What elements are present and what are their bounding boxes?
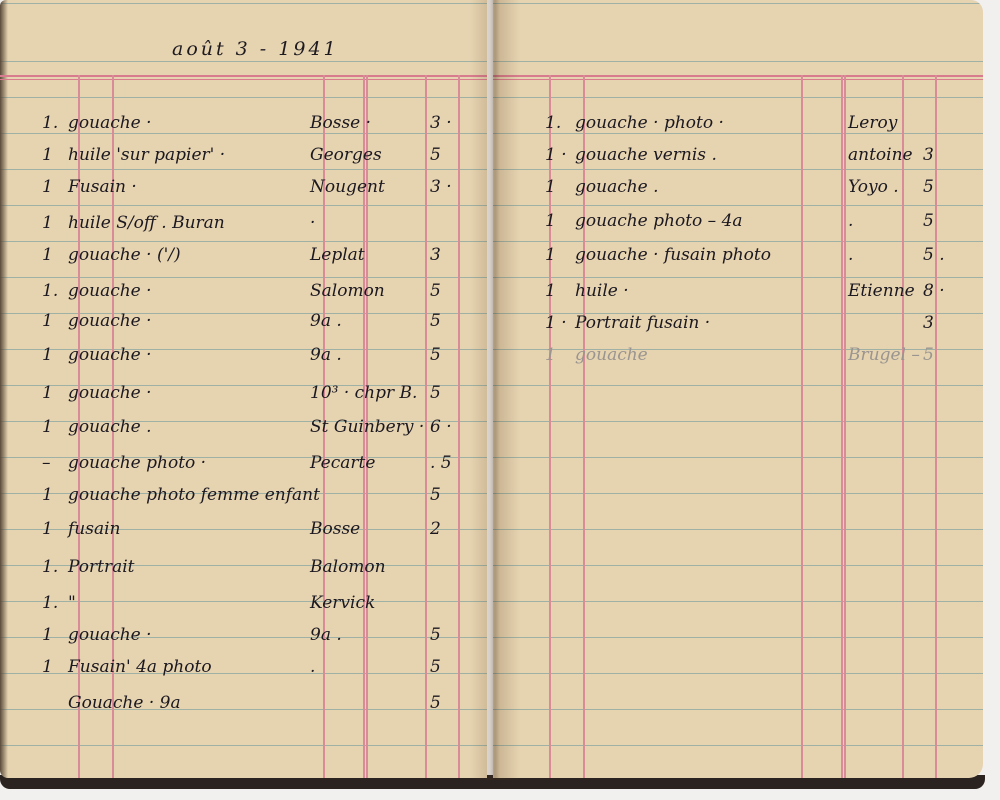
quantity-cell: 1 bbox=[545, 206, 556, 236]
price-cell: 5 bbox=[430, 276, 441, 306]
ledger-row: 1gouache ·10³ · chpr B.5 bbox=[0, 378, 487, 408]
item-cell: gouache · bbox=[68, 340, 152, 370]
item-cell: gouache photo femme enfant bbox=[68, 480, 320, 510]
quantity-cell: 1 · bbox=[545, 308, 567, 338]
buyer-cell: Bosse bbox=[310, 514, 360, 544]
item-cell: gouache . bbox=[575, 172, 659, 202]
ledger-row: 1 ·Portrait fusain ·3 bbox=[493, 308, 983, 338]
ledger-row: 1gouache · ('/)Leplat3 bbox=[0, 240, 487, 270]
price-cell: 5 bbox=[430, 340, 441, 370]
item-cell: fusain bbox=[68, 514, 121, 544]
price-cell: 6 · bbox=[430, 412, 452, 442]
left-page: août 3 - 1941 1.gouache ·Bosse ·3 ·1huil… bbox=[0, 0, 487, 778]
price-cell: 2 bbox=[430, 514, 441, 544]
buyer-cell: . bbox=[848, 206, 853, 236]
buyer-cell: St Guinbery · bbox=[310, 412, 424, 442]
ledger-row: 1gouache .St Guinbery ·6 · bbox=[0, 412, 487, 442]
ledger-row: 1gouacheBrugel –5 bbox=[493, 340, 983, 370]
quantity-cell: – bbox=[42, 448, 51, 478]
buyer-cell: Kervick bbox=[310, 588, 375, 618]
item-cell: gouache · bbox=[68, 306, 152, 336]
buyer-cell: Leplat bbox=[310, 240, 365, 270]
price-cell: 8 · bbox=[923, 276, 945, 306]
price-cell: 5 . bbox=[923, 240, 945, 270]
quantity-cell: 1 bbox=[545, 276, 556, 306]
price-cell: 5 bbox=[430, 140, 441, 170]
ledger-row: 1huile S/off . Buran· bbox=[0, 208, 487, 238]
item-cell: huile · bbox=[575, 276, 629, 306]
quantity-cell: 1 bbox=[42, 306, 53, 336]
buyer-cell: Yoyo . bbox=[848, 172, 899, 202]
quantity-cell: 1 bbox=[545, 240, 556, 270]
price-cell: 5 bbox=[430, 688, 441, 718]
quantity-cell: 1. bbox=[545, 108, 561, 138]
item-cell: gouache · fusain photo bbox=[575, 240, 771, 270]
buyer-cell: Salomon bbox=[310, 276, 385, 306]
quantity-cell: 1 bbox=[42, 140, 53, 170]
ledger-row: 1huile 'sur papier' ·Georges5 bbox=[0, 140, 487, 170]
price-cell: 3 · bbox=[430, 172, 452, 202]
item-cell: gouache · bbox=[68, 276, 152, 306]
buyer-cell: · bbox=[310, 208, 315, 238]
date-heading: août 3 - 1941 bbox=[172, 38, 339, 60]
item-cell: gouache · bbox=[68, 620, 152, 650]
ledger-row: Gouache · 9a5 bbox=[0, 688, 487, 718]
header-double-rule bbox=[0, 75, 487, 80]
buyer-cell: . bbox=[310, 652, 315, 682]
item-cell: gouache · ('/) bbox=[68, 240, 181, 270]
ledger-row: 1."Kervick bbox=[0, 588, 487, 618]
quantity-cell: 1 bbox=[42, 620, 53, 650]
ledger-row: 1gouache .Yoyo .5 bbox=[493, 172, 983, 202]
item-cell: gouache vernis . bbox=[575, 140, 717, 170]
item-cell: gouache photo – 4a bbox=[575, 206, 743, 236]
quantity-cell: 1 · bbox=[545, 140, 567, 170]
buyer-cell: Georges bbox=[310, 140, 382, 170]
ledger-row: 1huile ·Etienne8 · bbox=[493, 276, 983, 306]
price-cell: 5 bbox=[923, 206, 934, 236]
quantity-cell: 1. bbox=[42, 108, 58, 138]
price-cell: 3 bbox=[923, 140, 934, 170]
quantity-cell: 1 bbox=[42, 378, 53, 408]
quantity-cell: 1 bbox=[42, 480, 53, 510]
buyer-cell: Pecarte bbox=[310, 448, 375, 478]
item-cell: Fusain · bbox=[68, 172, 137, 202]
right-page: 1.gouache · photo ·Leroy1 ·gouache verni… bbox=[493, 0, 983, 778]
ledger-row: 1.gouache ·Salomon5 bbox=[0, 276, 487, 306]
ledger-row: 1gouache · fusain photo.5 . bbox=[493, 240, 983, 270]
price-cell: 3 bbox=[430, 240, 441, 270]
price-cell: 5 bbox=[430, 620, 441, 650]
item-cell: huile S/off . Buran bbox=[68, 208, 225, 238]
ledger-row: 1Fusain' 4a photo.5 bbox=[0, 652, 487, 682]
buyer-cell: Bosse · bbox=[310, 108, 371, 138]
price-cell: 5 bbox=[430, 306, 441, 336]
item-cell: gouache photo · bbox=[68, 448, 206, 478]
quantity-cell: 1. bbox=[42, 276, 58, 306]
price-cell: . 5 bbox=[430, 448, 452, 478]
ledger-row: 1Fusain ·Nougent3 · bbox=[0, 172, 487, 202]
buyer-cell: . bbox=[848, 240, 853, 270]
price-cell: 5 bbox=[430, 652, 441, 682]
ledger-row: 1 ·gouache vernis .antoine3 bbox=[493, 140, 983, 170]
ledger-row: 1.PortraitBalomon bbox=[0, 552, 487, 582]
quantity-cell: 1 bbox=[42, 240, 53, 270]
quantity-cell: 1. bbox=[42, 552, 58, 582]
ledger-row: 1gouache ·9a .5 bbox=[0, 340, 487, 370]
ledger-row: 1gouache photo femme enfant5 bbox=[0, 480, 487, 510]
buyer-cell: antoine bbox=[848, 140, 913, 170]
price-cell: 3 bbox=[923, 308, 934, 338]
item-cell: gouache · photo · bbox=[575, 108, 724, 138]
buyer-cell: 9a . bbox=[310, 620, 342, 650]
item-cell: huile 'sur papier' · bbox=[68, 140, 225, 170]
header-double-rule bbox=[493, 75, 983, 80]
price-cell: 3 · bbox=[430, 108, 452, 138]
ledger-row: 1fusainBosse2 bbox=[0, 514, 487, 544]
price-cell: 5 bbox=[923, 340, 934, 370]
buyer-cell: Etienne bbox=[848, 276, 915, 306]
item-cell: gouache bbox=[575, 340, 648, 370]
price-cell: 5 bbox=[430, 480, 441, 510]
price-cell: 5 bbox=[430, 378, 441, 408]
quantity-cell: 1 bbox=[42, 652, 53, 682]
ledger-row: –gouache photo ·Pecarte. 5 bbox=[0, 448, 487, 478]
ledger-row: 1.gouache ·Bosse ·3 · bbox=[0, 108, 487, 138]
item-cell: gouache · bbox=[68, 108, 152, 138]
item-cell: Portrait bbox=[68, 552, 134, 582]
item-cell: Fusain' 4a photo bbox=[68, 652, 212, 682]
item-cell: Portrait fusain · bbox=[575, 308, 710, 338]
quantity-cell: 1 bbox=[42, 514, 53, 544]
ledger-row: 1.gouache · photo ·Leroy bbox=[493, 108, 983, 138]
buyer-cell: 9a . bbox=[310, 340, 342, 370]
buyer-cell: Leroy bbox=[848, 108, 897, 138]
quantity-cell: 1 bbox=[42, 208, 53, 238]
buyer-cell: Brugel – bbox=[848, 340, 920, 370]
item-cell: Gouache · 9a bbox=[68, 688, 181, 718]
quantity-cell: 1 bbox=[42, 172, 53, 202]
quantity-cell: 1 bbox=[42, 412, 53, 442]
ledger-row: 1gouache ·9a .5 bbox=[0, 306, 487, 336]
item-cell: gouache · bbox=[68, 378, 152, 408]
item-cell: gouache . bbox=[68, 412, 152, 442]
buyer-cell: Nougent bbox=[310, 172, 385, 202]
buyer-cell: 9a . bbox=[310, 306, 342, 336]
ledger-row: 1gouache ·9a .5 bbox=[0, 620, 487, 650]
buyer-cell: Balomon bbox=[310, 552, 386, 582]
quantity-cell: 1. bbox=[42, 588, 58, 618]
item-cell: " bbox=[68, 588, 76, 618]
quantity-cell: 1 bbox=[42, 340, 53, 370]
buyer-cell: 10³ · chpr B. bbox=[310, 378, 417, 408]
ledger-row: 1gouache photo – 4a.5 bbox=[493, 206, 983, 236]
quantity-cell: 1 bbox=[545, 172, 556, 202]
price-cell: 5 bbox=[923, 172, 934, 202]
quantity-cell: 1 bbox=[545, 340, 556, 370]
